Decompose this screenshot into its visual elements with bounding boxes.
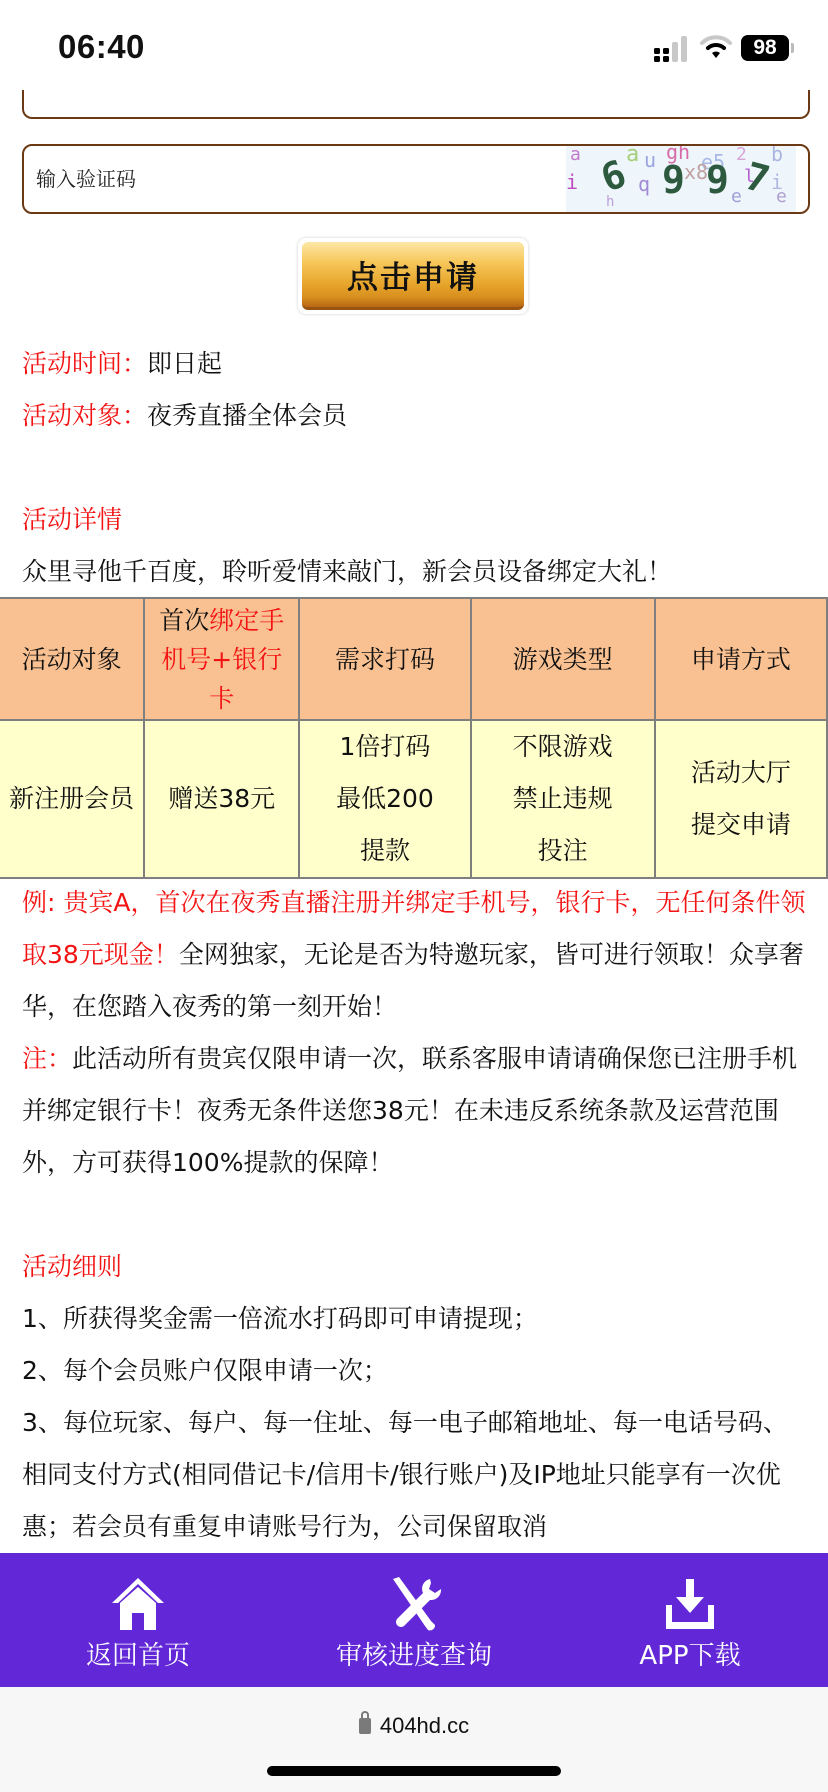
rule-item: 2、每个会员账户仅限申请一次； [22,1345,812,1397]
battery-tip [791,43,794,53]
nav-app-download-label: APP下载 [639,1635,740,1672]
table-cell: 赠送38元 [144,720,299,878]
nav-home-label: 返回首页 [86,1635,190,1672]
captcha-image[interactable]: a a u gh e5 2 b i x8 q l i e e h 6 9 9 7 [566,146,796,214]
activity-target-label: 活动对象： [22,401,147,430]
table-header-cell: 游戏类型 [471,598,655,720]
table-row: 新注册会员 赠送38元 1倍打码最低200提款 不限游戏禁止违规投注 活动大厅提… [0,720,827,878]
note-paragraph: 注：此活动所有贵宾仅限申请一次，联系客服申请请确保您已注册手机并绑定银行卡！夜秀… [22,1033,812,1189]
url-text: 404hd.cc [380,1713,469,1738]
nav-app-download-button[interactable]: APP下载 [552,1553,828,1687]
table-header-row: 活动对象 首次绑定手机号+银行卡 需求打码 游戏类型 申请方式 [0,598,827,720]
apply-button[interactable]: 点击申请 [298,238,528,314]
table-cell: 1倍打码最低200提款 [299,720,470,878]
table-header-cell: 活动对象 [0,598,144,720]
table-header-cell: 首次绑定手机号+银行卡 [144,598,299,720]
promo-table: 活动对象 首次绑定手机号+银行卡 需求打码 游戏类型 申请方式 新注册会员 赠送… [0,597,828,879]
wifi-icon [700,35,732,59]
table-header-cell: 申请方式 [655,598,827,720]
status-bar: 06:40 98 [0,0,828,90]
captcha-char: 9 [706,158,729,202]
table-cell: 新注册会员 [0,720,144,878]
note-label: 注： [22,1044,72,1073]
status-time: 06:40 [58,28,145,66]
rules-list: 1、所获得奖金需一倍流水打码即可申请提现； 2、每个会员账户仅限申请一次； 3、… [22,1293,812,1553]
cellular-signal-icon [654,36,690,62]
details-intro: 众里寻他千百度，聆听爱情来敲门，新会员设备绑定大礼！ [22,546,672,598]
battery-icon: 98 [741,35,789,61]
table-cell: 不限游戏禁止违规投注 [471,720,655,878]
home-icon [109,1575,167,1631]
details-title: 活动详情 [22,494,122,546]
tools-icon [385,1575,443,1631]
rule-item: 1、所获得奖金需一倍流水打码即可申请提现； [22,1293,812,1345]
nav-review-status-button[interactable]: 审核进度查询 [276,1553,552,1687]
rule-item: 3、每位玩家、每户、每一住址、每一电子邮箱地址、每一电话号码、相同支付方式(相同… [22,1397,812,1553]
rules-title: 活动细则 [22,1241,122,1293]
apply-button-label: 点击申请 [302,242,524,310]
activity-target: 活动对象：夜秀直播全体会员 [22,390,347,442]
lock-icon [359,1718,371,1734]
nav-home-button[interactable]: 返回首页 [0,1553,276,1687]
captcha-char: 9 [662,158,685,202]
download-icon [661,1575,719,1631]
browser-url-bar[interactable]: 404hd.cc [0,1687,828,1792]
home-indicator[interactable] [267,1766,561,1776]
activity-time-label: 活动时间： [22,349,147,378]
activity-target-value: 夜秀直播全体会员 [147,401,347,430]
url-display[interactable]: 404hd.cc [0,1713,828,1739]
captcha-field: a a u gh e5 2 b i x8 q l i e e h 6 9 9 7 [22,144,810,214]
activity-time-value: 即日起 [147,349,222,378]
captcha-input[interactable] [24,146,564,212]
note-text: 此活动所有贵宾仅限申请一次，联系客服申请请确保您已注册手机并绑定银行卡！夜秀无条… [22,1044,797,1177]
table-cell: 活动大厅提交申请 [655,720,827,878]
table-header-cell: 需求打码 [299,598,470,720]
activity-time: 活动时间：即日起 [22,338,222,390]
nav-review-status-label: 审核进度查询 [336,1635,492,1672]
example-paragraph: 例: 贵宾A，首次在夜秀直播注册并绑定手机号，银行卡，无任何条件领取38元现金！… [22,877,812,1033]
bottom-nav: 返回首页 审核进度查询 APP下载 [0,1553,828,1687]
